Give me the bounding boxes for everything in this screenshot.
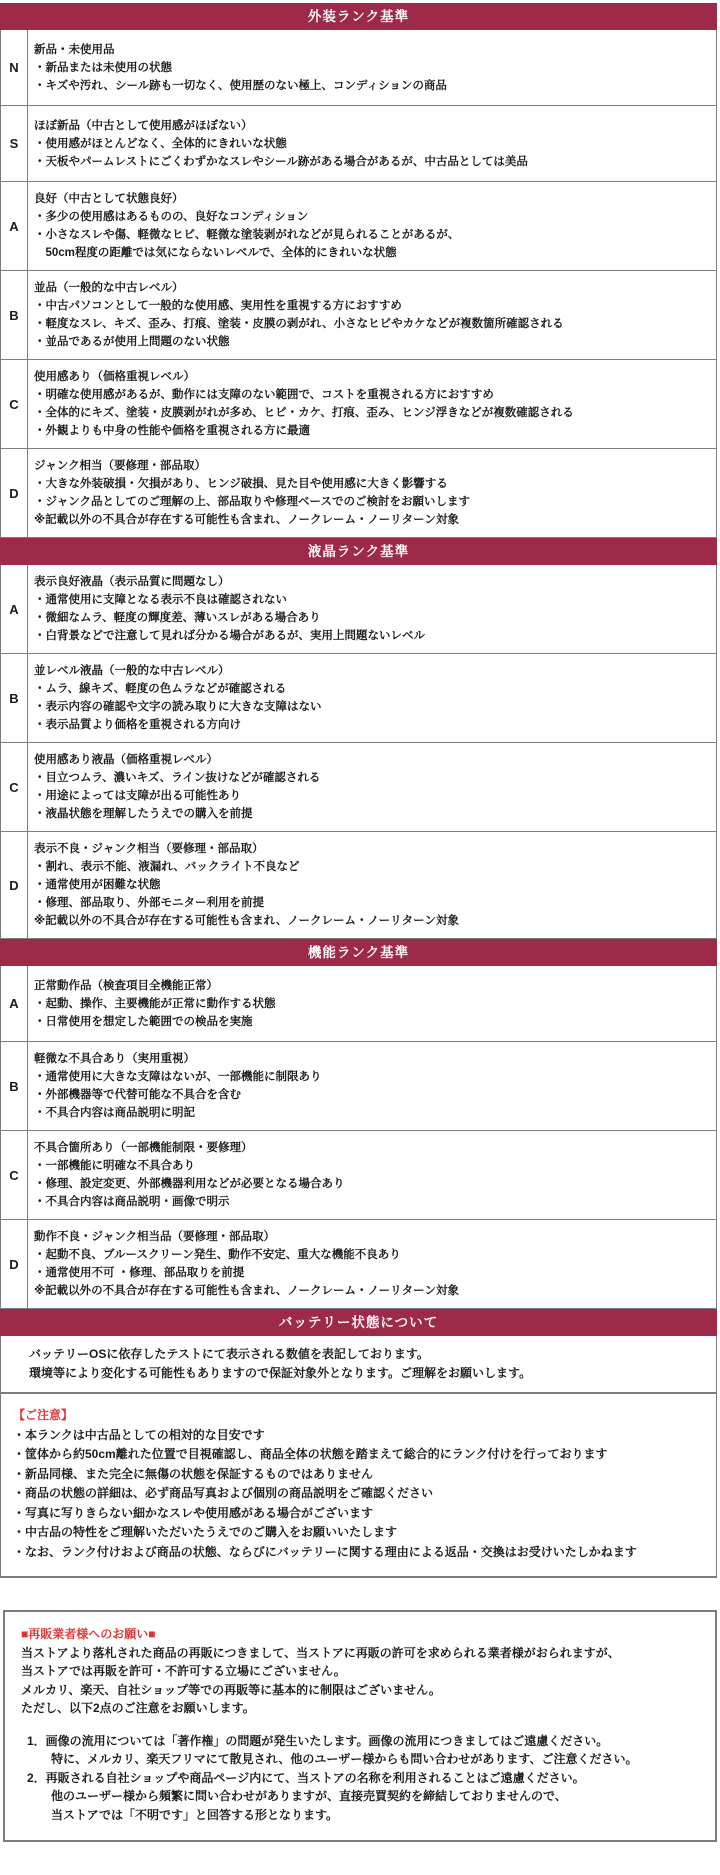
description-line: 軽微な不具合あり（実用重視）: [34, 1050, 708, 1068]
description-line: ・起動不良、ブルースクリーン発生、動作不安定、重大な機能不良あり: [34, 1246, 708, 1264]
notice-line: ・新品同様、また完全に無傷の状態を保証するものではありません: [13, 1465, 706, 1485]
description-line: ・中古パソコンとして一般的な使用感、実用性を重視する方におすすめ: [34, 297, 708, 315]
description-line: 並レベル液晶（一般的な中古レベル）: [34, 662, 708, 680]
description-line: ・液晶状態を理解したうえでの購入を前提: [34, 805, 708, 823]
section-gap: [0, 1578, 717, 1610]
description-line: ・不具合内容は商品説明・画像で明示: [34, 1193, 708, 1211]
rank-description: 新品・未使用品・新品または未使用の状態・キズや汚れ、シール跡も一切なく、使用歴の…: [28, 30, 716, 105]
notice-box: 【ご注意】 ・本ランクは中古品としての相対的な目安です・筐体から約50cm離れた…: [0, 1394, 717, 1578]
resale-item: 1．画像の流用については「著作権」の問題が発生いたします。画像の流用につきまして…: [27, 1732, 703, 1769]
description-line: ・外部機器等で代替可能な不具合を含む: [34, 1086, 708, 1104]
description-line: ※記載以外の不具合が存在する可能性も含まれ、ノークレーム・ノーリターン対象: [34, 511, 708, 529]
rank-row: B並品（一般的な中古レベル）・中古パソコンとして一般的な使用感、実用性を重視する…: [1, 271, 716, 360]
description-line: 動作不良・ジャンク相当品（要修理・部品取）: [34, 1228, 708, 1246]
rank-row: Dジャンク相当（要修理・部品取）・大きな外装破損・欠損があり、ヒンジ破損、見た目…: [1, 449, 716, 538]
description-line: ※記載以外の不具合が存在する可能性も含まれ、ノークレーム・ノーリターン対象: [34, 1282, 708, 1300]
rank-letter: B: [9, 691, 18, 706]
description-line: ・小さなスレや傷、軽微なヒビ、軽微な塗装剥がれなどが見られることがあるが、: [34, 226, 708, 244]
rank-description: 並レベル液晶（一般的な中古レベル）・ムラ、線キズ、軽度の色ムラなどが確認される・…: [28, 654, 716, 742]
rank-description: 表示良好液晶（表示品質に問題なし）・通常使用に支障となる表示不良は確認されない・…: [28, 565, 716, 653]
notice-title: 【ご注意】: [13, 1406, 706, 1426]
rank-letter: N: [9, 60, 18, 75]
description-line: ・キズや汚れ、シール跡も一切なく、使用歴のない極上、コンディションの商品: [34, 77, 708, 95]
description-line: ・ジャンク品としてのご理解の上、部品取りや修理ベースでのご検討をお願いします: [34, 493, 708, 511]
resale-box: ■再販業者様へのお願い■ 当ストアより落札された商品の再販につきまして、当ストア…: [3, 1610, 717, 1842]
rank-cell: A: [1, 182, 28, 270]
rank-row: C使用感あり液晶（価格重視レベル）・目立つムラ、濃いキズ、ライン抜けなどが確認さ…: [1, 743, 716, 832]
rank-letter: D: [9, 1257, 18, 1272]
description-line: ・目立つムラ、濃いキズ、ライン抜けなどが確認される: [34, 769, 708, 787]
battery-description: バッテリーOSに依存したテストにて表示される数値を表記しております。環境等により…: [0, 1336, 717, 1394]
description-line: 並品（一般的な中古レベル）: [34, 279, 708, 297]
rank-description: 使用感あり（価格重視レベル）・明確な使用感があるが、動作には支障のない範囲で、コ…: [28, 360, 716, 448]
description-line: ・表示品質より価格を重視される方向け: [34, 716, 708, 734]
rank-cell: C: [1, 743, 28, 831]
description-line: ・通常使用に支障となる表示不良は確認されない: [34, 591, 708, 609]
description-line: 正常動作品（検査項目全機能正常）: [34, 977, 708, 995]
rank-letter: D: [9, 878, 18, 893]
rank-description: 使用感あり液晶（価格重視レベル）・目立つムラ、濃いキズ、ライン抜けなどが確認され…: [28, 743, 716, 831]
description-line: ・微細なムラ、軽度の輝度差、薄いスレがある場合あり: [34, 609, 708, 627]
rank-description: 良好（中古として状態良好）・多少の使用感はあるものの、良好なコンディション・小さ…: [28, 182, 716, 270]
description-line: ・不具合内容は商品説明に明記: [34, 1104, 708, 1122]
notice-lines: ・本ランクは中古品としての相対的な目安です・筐体から約50cm離れた位置で目視確…: [13, 1426, 706, 1563]
resale-item-line: 他のユーザー様から頻繁に問い合わせがありますが、直接売買契約を締結しておりません…: [27, 1787, 703, 1806]
resale-items: 1．画像の流用については「著作権」の問題が発生いたします。画像の流用につきまして…: [21, 1732, 703, 1825]
description-line: ・割れ、表示不能、液漏れ、バックライト不良など: [34, 858, 708, 876]
resale-spacer: [21, 1718, 703, 1732]
rank-row: B軽微な不具合あり（実用重視）・通常使用に大きな支障はないが、一部機能に制限あり…: [1, 1042, 716, 1131]
description-line: 50cm程度の距離では気にならないレベルで、全体的にきれいな状態: [34, 244, 708, 262]
resale-title: ■再販業者様へのお願い■: [21, 1625, 703, 1644]
rank-description: 正常動作品（検査項目全機能正常）・起動、操作、主要機能が正常に動作する状態・日常…: [28, 966, 716, 1041]
rank-table: N新品・未使用品・新品または未使用の状態・キズや汚れ、シール跡も一切なく、使用歴…: [0, 30, 717, 538]
rank-row: B並レベル液晶（一般的な中古レベル）・ムラ、線キズ、軽度の色ムラなどが確認される…: [1, 654, 716, 743]
rank-cell: B: [1, 271, 28, 359]
rank-description: 軽微な不具合あり（実用重視）・通常使用に大きな支障はないが、一部機能に制限あり・…: [28, 1042, 716, 1130]
rank-letter: C: [9, 780, 18, 795]
section-header: 外装ランク基準: [0, 3, 717, 30]
rank-letter: C: [9, 1168, 18, 1183]
condition-rank-document: 外装ランク基準N新品・未使用品・新品または未使用の状態・キズや汚れ、シール跡も一…: [0, 0, 717, 1842]
description-line: ・白背景などで注意して見れば分かる場合があるが、実用上問題ないレベル: [34, 627, 708, 645]
notice-line: ・商品の状態の詳細は、必ず商品写真および個別の商品説明をご確認ください: [13, 1484, 706, 1504]
resale-item-line: 当ストアでは「不明です」と回答する形となります。: [27, 1806, 703, 1825]
rank-description: 並品（一般的な中古レベル）・中古パソコンとして一般的な使用感、実用性を重視する方…: [28, 271, 716, 359]
resale-paragraph: 当ストアより落札された商品の再販につきまして、当ストアに再販の許可を求められる業…: [21, 1644, 703, 1718]
description-line: ・日常使用を想定した範囲での検品を実施: [34, 1013, 708, 1031]
rank-letter: A: [9, 996, 18, 1011]
notice-line: ・写真に写りきらない細かなスレや使用感がある場合がございます: [13, 1504, 706, 1524]
rank-cell: S: [1, 106, 28, 181]
description-line: 新品・未使用品: [34, 41, 708, 59]
rank-description: 動作不良・ジャンク相当品（要修理・部品取）・起動不良、ブルースクリーン発生、動作…: [28, 1220, 716, 1308]
rank-letter: A: [9, 219, 18, 234]
description-line: ・天板やパームレストにごくわずかなスレやシール跡がある場合があるが、中古品として…: [34, 153, 708, 171]
description-line: ・多少の使用感はあるものの、良好なコンディション: [34, 208, 708, 226]
notice-line: ・中古品の特性をご理解いただいたうえでのご購入をお願いいたします: [13, 1523, 706, 1543]
rank-letter: A: [9, 602, 18, 617]
rank-description: 不具合箇所あり（一部機能制限・要修理）・一部機能に明確な不具合あり・修理、設定変…: [28, 1131, 716, 1219]
resale-item: 2．再販される自社ショップや商品ページ内にて、当ストアの名称を利用されることはご…: [27, 1769, 703, 1825]
rank-cell: C: [1, 1131, 28, 1219]
description-line: 不具合箇所あり（一部機能制限・要修理）: [34, 1139, 708, 1157]
resale-paragraph-line: 当ストアでは再販を許可・不許可する立場にございません。: [21, 1662, 703, 1681]
description-line: ・新品または未使用の状態: [34, 59, 708, 77]
resale-paragraph-line: メルカリ、楽天、自社ショップ等での再販等に基本的に制限はございません。: [21, 1681, 703, 1700]
rank-row: A良好（中古として状態良好）・多少の使用感はあるものの、良好なコンディション・小…: [1, 182, 716, 271]
rank-row: Sほぼ新品（中古として使用感がほぼない）・使用感がほとんどなく、全体的にきれいな…: [1, 106, 716, 182]
rank-letter: B: [9, 1079, 18, 1094]
description-line: ・大きな外装破損・欠損があり、ヒンジ破損、見た目や使用感に大きく影響する: [34, 475, 708, 493]
description-line: 使用感あり（価格重視レベル）: [34, 368, 708, 386]
description-line: ※記載以外の不具合が存在する可能性も含まれ、ノークレーム・ノーリターン対象: [34, 912, 708, 930]
description-line: ジャンク相当（要修理・部品取）: [34, 457, 708, 475]
rank-row: D表示不良・ジャンク相当（要修理・部品取）・割れ、表示不能、液漏れ、バックライト…: [1, 832, 716, 939]
description-line: 使用感あり液晶（価格重視レベル）: [34, 751, 708, 769]
rank-letter: S: [10, 136, 19, 151]
rank-cell: D: [1, 832, 28, 938]
resale-paragraph-line: ただし、以下2点のご注意をお願いします。: [21, 1699, 703, 1718]
battery-line: 環境等により変化する可能性もありますので保証対象外となります。ご理解をお願いしま…: [29, 1364, 706, 1383]
rank-row: N新品・未使用品・新品または未使用の状態・キズや汚れ、シール跡も一切なく、使用歴…: [1, 30, 716, 106]
description-line: ・使用感がほとんどなく、全体的にきれいな状態: [34, 135, 708, 153]
description-line: ・一部機能に明確な不具合あり: [34, 1157, 708, 1175]
rank-sections: 外装ランク基準N新品・未使用品・新品または未使用の状態・キズや汚れ、シール跡も一…: [0, 3, 717, 1309]
rank-cell: N: [1, 30, 28, 105]
rank-cell: A: [1, 966, 28, 1041]
rank-row: D動作不良・ジャンク相当品（要修理・部品取）・起動不良、ブルースクリーン発生、動…: [1, 1220, 716, 1309]
resale-item-line: 特に、メルカリ、楽天フリマにて散見され、他のユーザー様からも問い合わせがあります…: [27, 1750, 703, 1769]
description-line: 良好（中古として状態良好）: [34, 190, 708, 208]
notice-line: ・なお、ランク付けおよび商品の状態、ならびにバッテリーに関する理由による返品・交…: [13, 1543, 706, 1563]
description-line: ・全体的にキズ、塗装・皮膜剥がれが多め、ヒビ・カケ、打痕、歪み、ヒンジ浮きなどが…: [34, 404, 708, 422]
description-line: ・ムラ、線キズ、軽度の色ムラなどが確認される: [34, 680, 708, 698]
rank-row: A正常動作品（検査項目全機能正常）・起動、操作、主要機能が正常に動作する状態・日…: [1, 966, 716, 1042]
section-header: 機能ランク基準: [0, 939, 717, 966]
rank-row: C不具合箇所あり（一部機能制限・要修理）・一部機能に明確な不具合あり・修理、設定…: [1, 1131, 716, 1220]
description-line: ・明確な使用感があるが、動作には支障のない範囲で、コストを重視される方におすすめ: [34, 386, 708, 404]
rank-cell: D: [1, 449, 28, 537]
description-line: ・外観よりも中身の性能や価格を重視される方に最適: [34, 422, 708, 440]
description-line: 表示良好液晶（表示品質に問題なし）: [34, 573, 708, 591]
battery-line: バッテリーOSに依存したテストにて表示される数値を表記しております。: [29, 1345, 706, 1364]
rank-letter: D: [9, 486, 18, 501]
description-line: ・修理、設定変更、外部機器利用などが必要となる場合あり: [34, 1175, 708, 1193]
rank-description: ほぼ新品（中古として使用感がほぼない）・使用感がほとんどなく、全体的にきれいな状…: [28, 106, 716, 181]
rank-cell: B: [1, 1042, 28, 1130]
description-line: ・修理、部品取り、外部モニター利用を前提: [34, 894, 708, 912]
section-header: 液晶ランク基準: [0, 538, 717, 565]
rank-row: C使用感あり（価格重視レベル）・明確な使用感があるが、動作には支障のない範囲で、…: [1, 360, 716, 449]
rank-table: A表示良好液晶（表示品質に問題なし）・通常使用に支障となる表示不良は確認されない…: [0, 565, 717, 939]
description-line: ・通常使用に大きな支障はないが、一部機能に制限あり: [34, 1068, 708, 1086]
rank-description: 表示不良・ジャンク相当（要修理・部品取）・割れ、表示不能、液漏れ、バックライト不…: [28, 832, 716, 938]
description-line: ・用途によっては支障が出る可能性あり: [34, 787, 708, 805]
description-line: 表示不良・ジャンク相当（要修理・部品取）: [34, 840, 708, 858]
resale-paragraph-line: 当ストアより落札された商品の再販につきまして、当ストアに再販の許可を求められる業…: [21, 1644, 703, 1663]
notice-line: ・筐体から約50cm離れた位置で目視確認し、商品全体の状態を踏まえて総合的にラン…: [13, 1445, 706, 1465]
description-line: ・通常使用が困難な状態: [34, 876, 708, 894]
rank-cell: C: [1, 360, 28, 448]
description-line: ・軽度なスレ、キズ、歪み、打痕、塗装・皮膜の剥がれ、小さなヒビやカケなどが複数箇…: [34, 315, 708, 333]
rank-cell: B: [1, 654, 28, 742]
rank-row: A表示良好液晶（表示品質に問題なし）・通常使用に支障となる表示不良は確認されない…: [1, 565, 716, 654]
rank-table: A正常動作品（検査項目全機能正常）・起動、操作、主要機能が正常に動作する状態・日…: [0, 966, 717, 1309]
rank-cell: A: [1, 565, 28, 653]
rank-letter: B: [9, 308, 18, 323]
resale-item-line: 1．画像の流用については「著作権」の問題が発生いたします。画像の流用につきまして…: [27, 1732, 703, 1751]
description-line: ・表示内容の確認や文字の読み取りに大きな支障はない: [34, 698, 708, 716]
notice-line: ・本ランクは中古品としての相対的な目安です: [13, 1426, 706, 1446]
resale-item-line: 2．再販される自社ショップや商品ページ内にて、当ストアの名称を利用されることはご…: [27, 1769, 703, 1788]
description-line: ほぼ新品（中古として使用感がほぼない）: [34, 117, 708, 135]
description-line: ・並品であるが使用上問題のない状態: [34, 333, 708, 351]
rank-description: ジャンク相当（要修理・部品取）・大きな外装破損・欠損があり、ヒンジ破損、見た目や…: [28, 449, 716, 537]
rank-letter: C: [9, 397, 18, 412]
description-line: ・通常使用不可 ・修理、部品取りを前提: [34, 1264, 708, 1282]
description-line: ・起動、操作、主要機能が正常に動作する状態: [34, 995, 708, 1013]
rank-cell: D: [1, 1220, 28, 1308]
battery-section-header: バッテリー状態について: [0, 1309, 717, 1336]
